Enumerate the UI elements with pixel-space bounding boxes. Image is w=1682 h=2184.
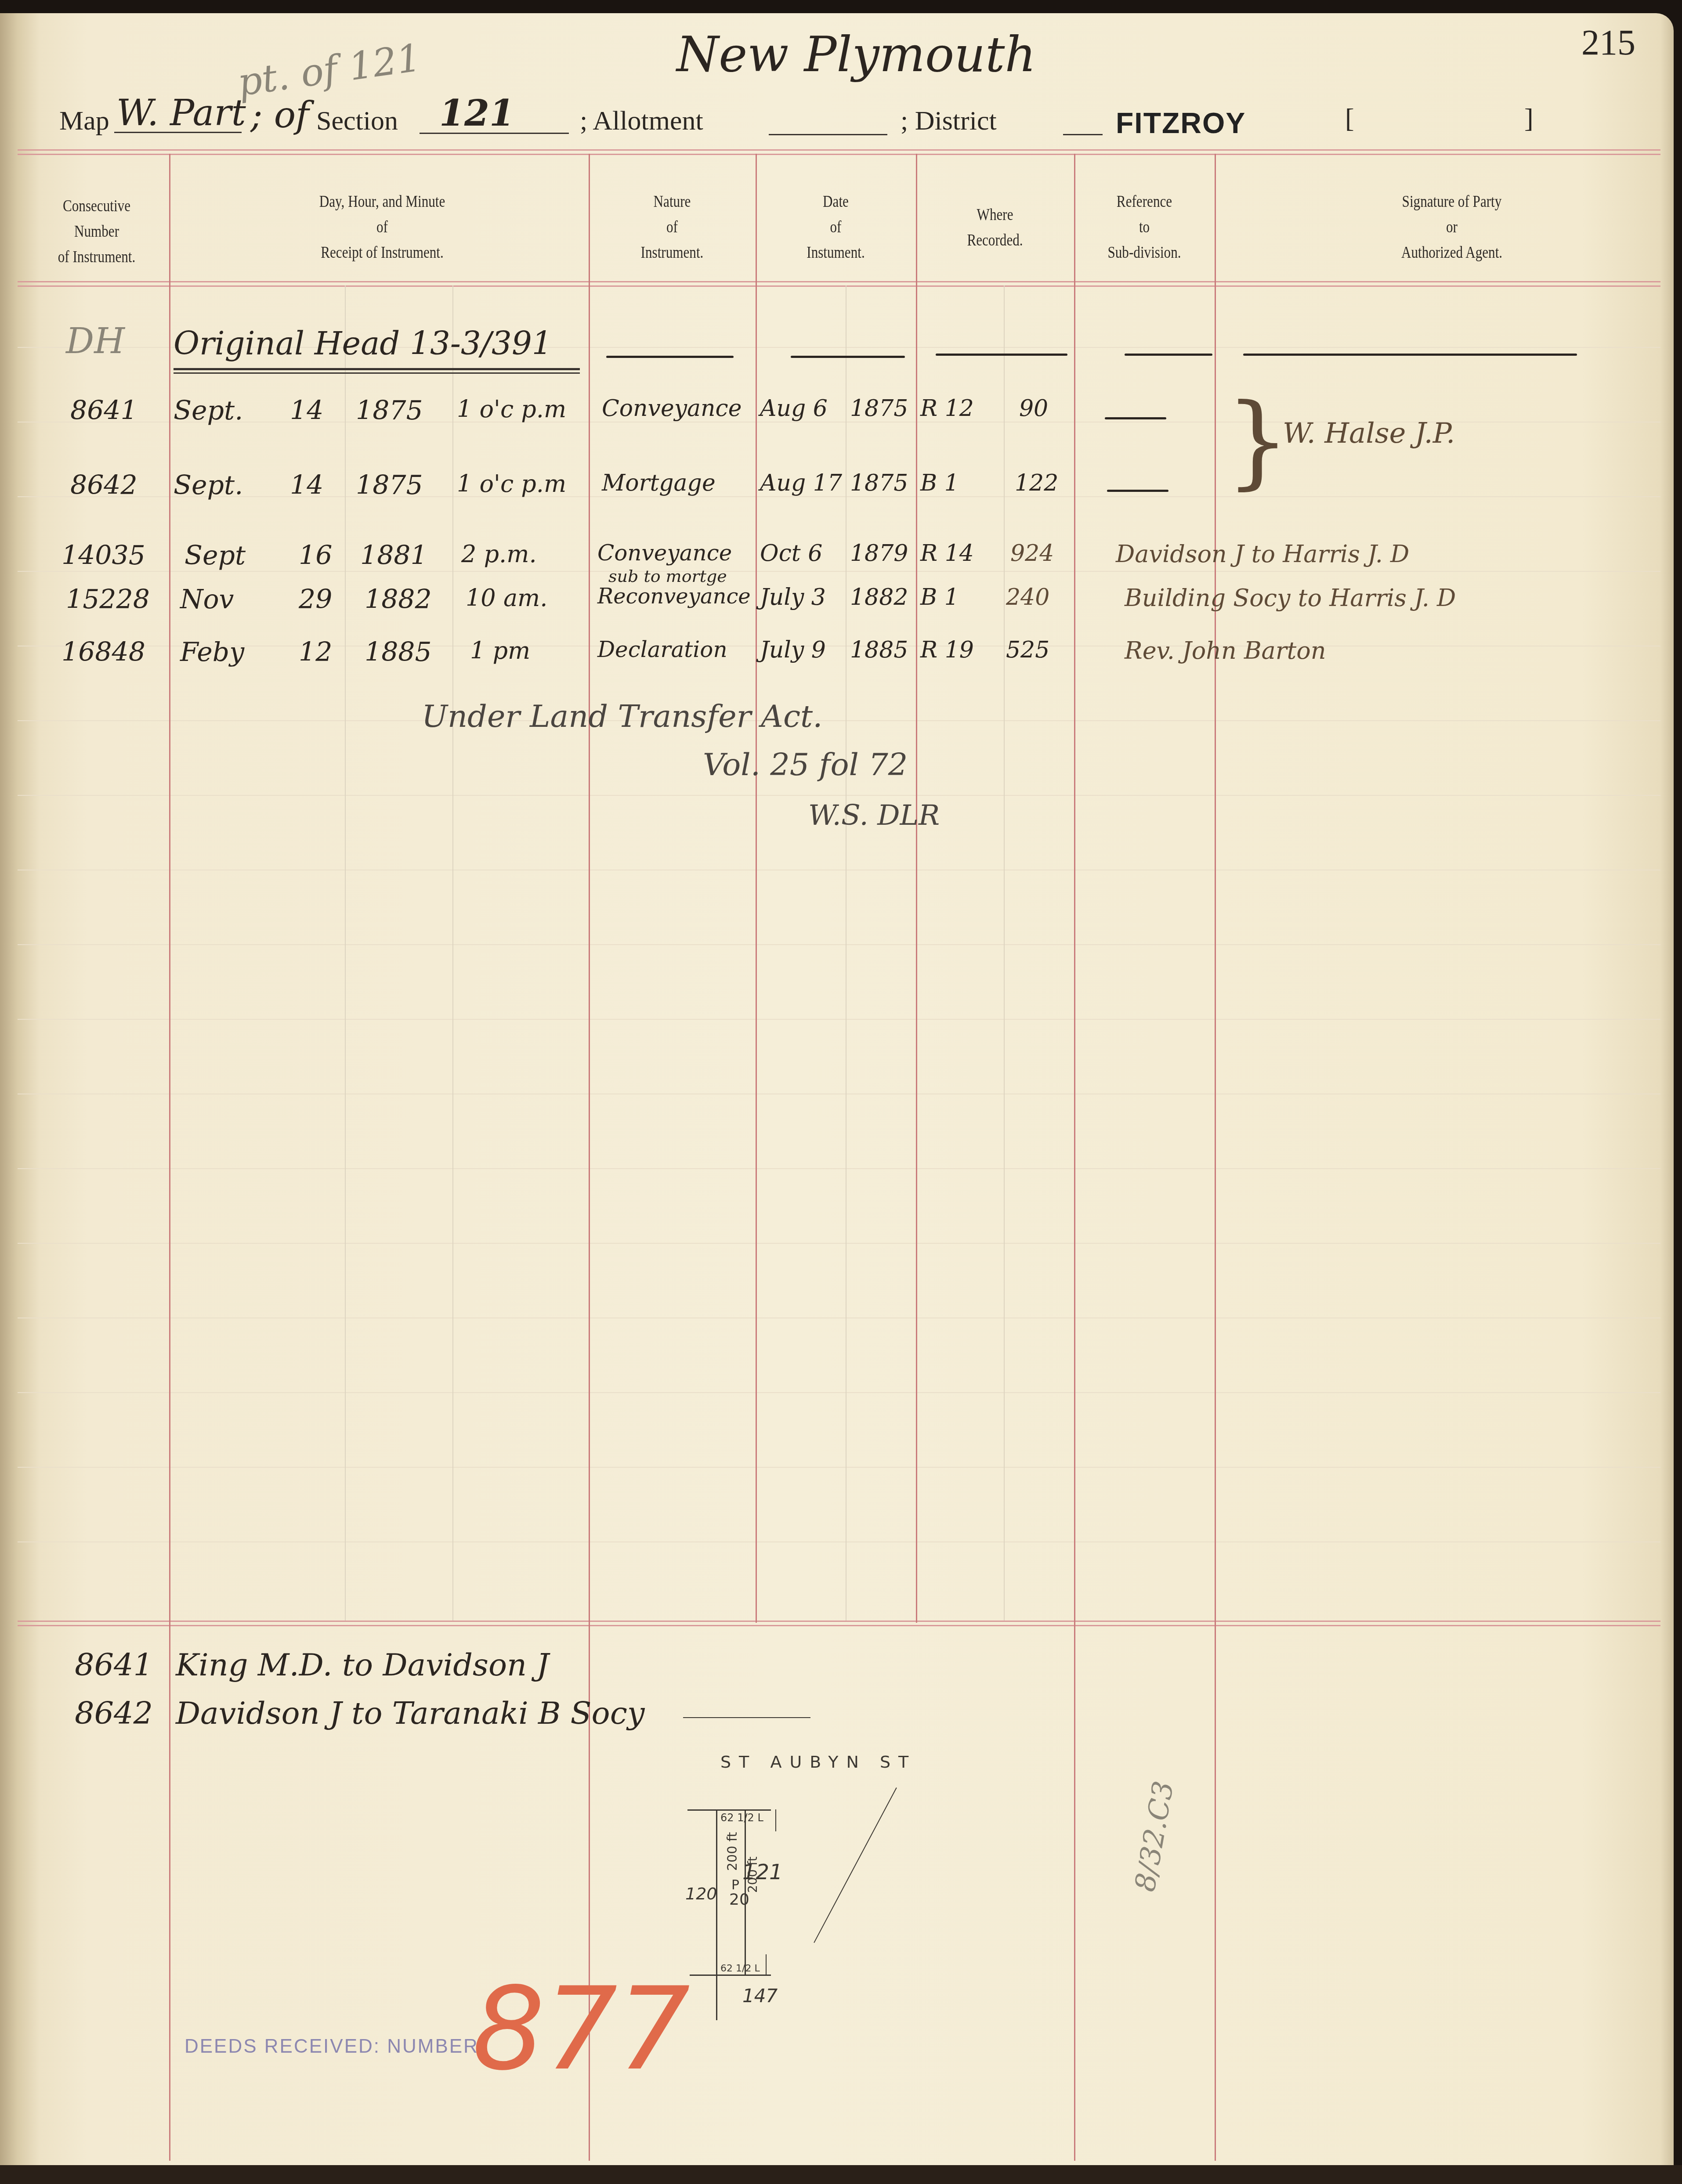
page-number: 215	[1581, 22, 1635, 63]
entry-book: B 1	[920, 584, 959, 610]
entry-nature: Reconveyance	[597, 584, 751, 609]
plan-top-width: 62 1/2 L	[720, 1812, 763, 1824]
col-receipt-time: Day, Hour, and Minute of Receipt of Inst…	[220, 189, 544, 265]
entry-time: 1 o'c p.m	[457, 470, 566, 498]
entry-number: 8642	[70, 470, 137, 501]
plan-left-section: 120	[685, 1884, 717, 1903]
deeds-received-stamp: DEEDS RECEIVED: NUMBER	[184, 2036, 479, 2058]
margin-note: DH	[66, 321, 125, 361]
entry-date: July 9	[760, 637, 826, 663]
bracket-open: [	[1345, 103, 1354, 134]
col-where-recorded: Where Recorded.	[932, 202, 1058, 253]
plan-below-section: 147	[742, 1985, 778, 2007]
ledger-page: pt. of 121 New Plymouth 215 Map W. Part …	[0, 13, 1674, 2165]
entry-number: 15228	[66, 584, 150, 615]
entry-day: 29	[299, 584, 332, 615]
entry-folio: 525	[1006, 637, 1049, 663]
entry-day: 14	[290, 395, 323, 426]
entry-date-year: 1885	[850, 637, 908, 663]
col-nature: Nature of Instrument.	[605, 189, 738, 265]
entry-signature: Building Socy to Harris J. D	[1125, 584, 1456, 612]
entry-folio: 924	[1010, 540, 1054, 567]
allotment-label: ; Allotment	[580, 105, 703, 137]
entry-nature: Declaration	[597, 637, 727, 662]
plan-left-side: 200 ft	[725, 1832, 740, 1871]
entry-time: 10 am.	[466, 584, 547, 612]
entry-year: 1875	[356, 395, 423, 426]
entry-day: 12	[299, 637, 332, 668]
entry-date: July 3	[760, 584, 826, 610]
signature-brace: W. Halse J.P.	[1283, 417, 1455, 450]
bracket-close: ]	[1524, 103, 1534, 134]
entry-date: Oct 6	[760, 540, 822, 567]
map-value: W. Part	[116, 92, 246, 134]
plan-bottom-width: 62 1/2 L	[720, 1963, 760, 1974]
district-label: ; District	[901, 105, 997, 137]
entry-nature: Mortgage	[602, 470, 716, 496]
entry-nature-note: sub to mortge	[608, 567, 727, 586]
plan-area-value: 20	[729, 1891, 749, 1909]
entry-number: 16848	[61, 637, 145, 668]
side-pencil-note: 8/32.C3	[1129, 1779, 1180, 1894]
entry-day: 16	[299, 540, 332, 571]
entry-month: Feby	[180, 637, 244, 668]
section-value: 121	[439, 92, 514, 134]
entry-year: 1882	[365, 584, 432, 615]
north-arrow-icon	[814, 1787, 897, 1943]
entry-date-year: 1875	[850, 470, 908, 496]
original-head: Original Head 13-3/391	[174, 325, 552, 362]
entry-folio: 90	[1019, 395, 1048, 422]
entry-book: B 1	[920, 470, 959, 496]
entry-book: R 14	[920, 540, 974, 567]
entry-year: 1885	[365, 637, 432, 668]
plan-street: ST AUBYN ST	[720, 1752, 916, 1772]
summary-number: 8641	[75, 1647, 153, 1683]
entry-time: 1 pm	[470, 637, 530, 664]
entry-signature: Davidson J to Harris J. D	[1116, 540, 1409, 568]
section-label: Section	[316, 105, 398, 137]
initials-note: W.S. DLR	[808, 799, 940, 832]
entry-date: Aug 17	[760, 470, 842, 496]
col-signature: Signature of Party or Authorized Agent.	[1263, 189, 1641, 265]
summary-text: Davidson J to Taranaki B Socy	[176, 1695, 644, 1731]
entry-date: Aug 6	[760, 395, 828, 422]
plan-right-side: 200 ft	[745, 1856, 760, 1893]
district-value: FITZROY	[1116, 106, 1246, 140]
entry-number: 8641	[70, 395, 137, 426]
entry-book: R 12	[920, 395, 974, 422]
map-label: Map	[59, 105, 109, 137]
entry-year: 1875	[356, 470, 423, 501]
entry-book: R 19	[920, 637, 974, 663]
entry-time: 1 o'c p.m	[457, 395, 566, 423]
ltact-note: Under Land Transfer Act.	[422, 698, 822, 734]
col-date: Date of Instument.	[772, 189, 900, 265]
entry-month: Sept	[184, 540, 246, 571]
brace-icon: }	[1226, 391, 1290, 492]
col-reference: Reference to Sub-division.	[1089, 189, 1200, 265]
entry-month: Sept.	[174, 470, 243, 501]
volume-note: Vol. 25 fol 72	[703, 747, 908, 783]
entry-date-year: 1882	[850, 584, 908, 610]
summary-number: 8642	[75, 1695, 153, 1731]
town-name: New Plymouth	[676, 26, 1036, 83]
entry-nature: Conveyance	[602, 395, 742, 422]
entry-day: 14	[290, 470, 323, 501]
summary-text: King M.D. to Davidson J	[176, 1647, 549, 1683]
entry-month: Nov	[180, 584, 234, 615]
entry-date-year: 1875	[850, 395, 908, 422]
entry-year: 1881	[360, 540, 427, 571]
book-edge	[0, 2165, 1682, 2184]
col-consecutive-number: Consecutive Number of Instrument.	[39, 193, 154, 270]
entry-time: 2 p.m.	[461, 540, 537, 568]
entry-signature: Rev. John Barton	[1125, 637, 1326, 664]
entry-folio: 240	[1006, 584, 1049, 610]
entry-date-year: 1879	[850, 540, 908, 567]
entry-number: 14035	[61, 540, 145, 571]
entry-month: Sept.	[174, 395, 243, 426]
of-text: ; of	[250, 94, 309, 136]
deed-number: 877	[472, 1963, 690, 2096]
entry-nature: Conveyance	[597, 540, 732, 566]
entry-folio: 122	[1015, 470, 1058, 496]
